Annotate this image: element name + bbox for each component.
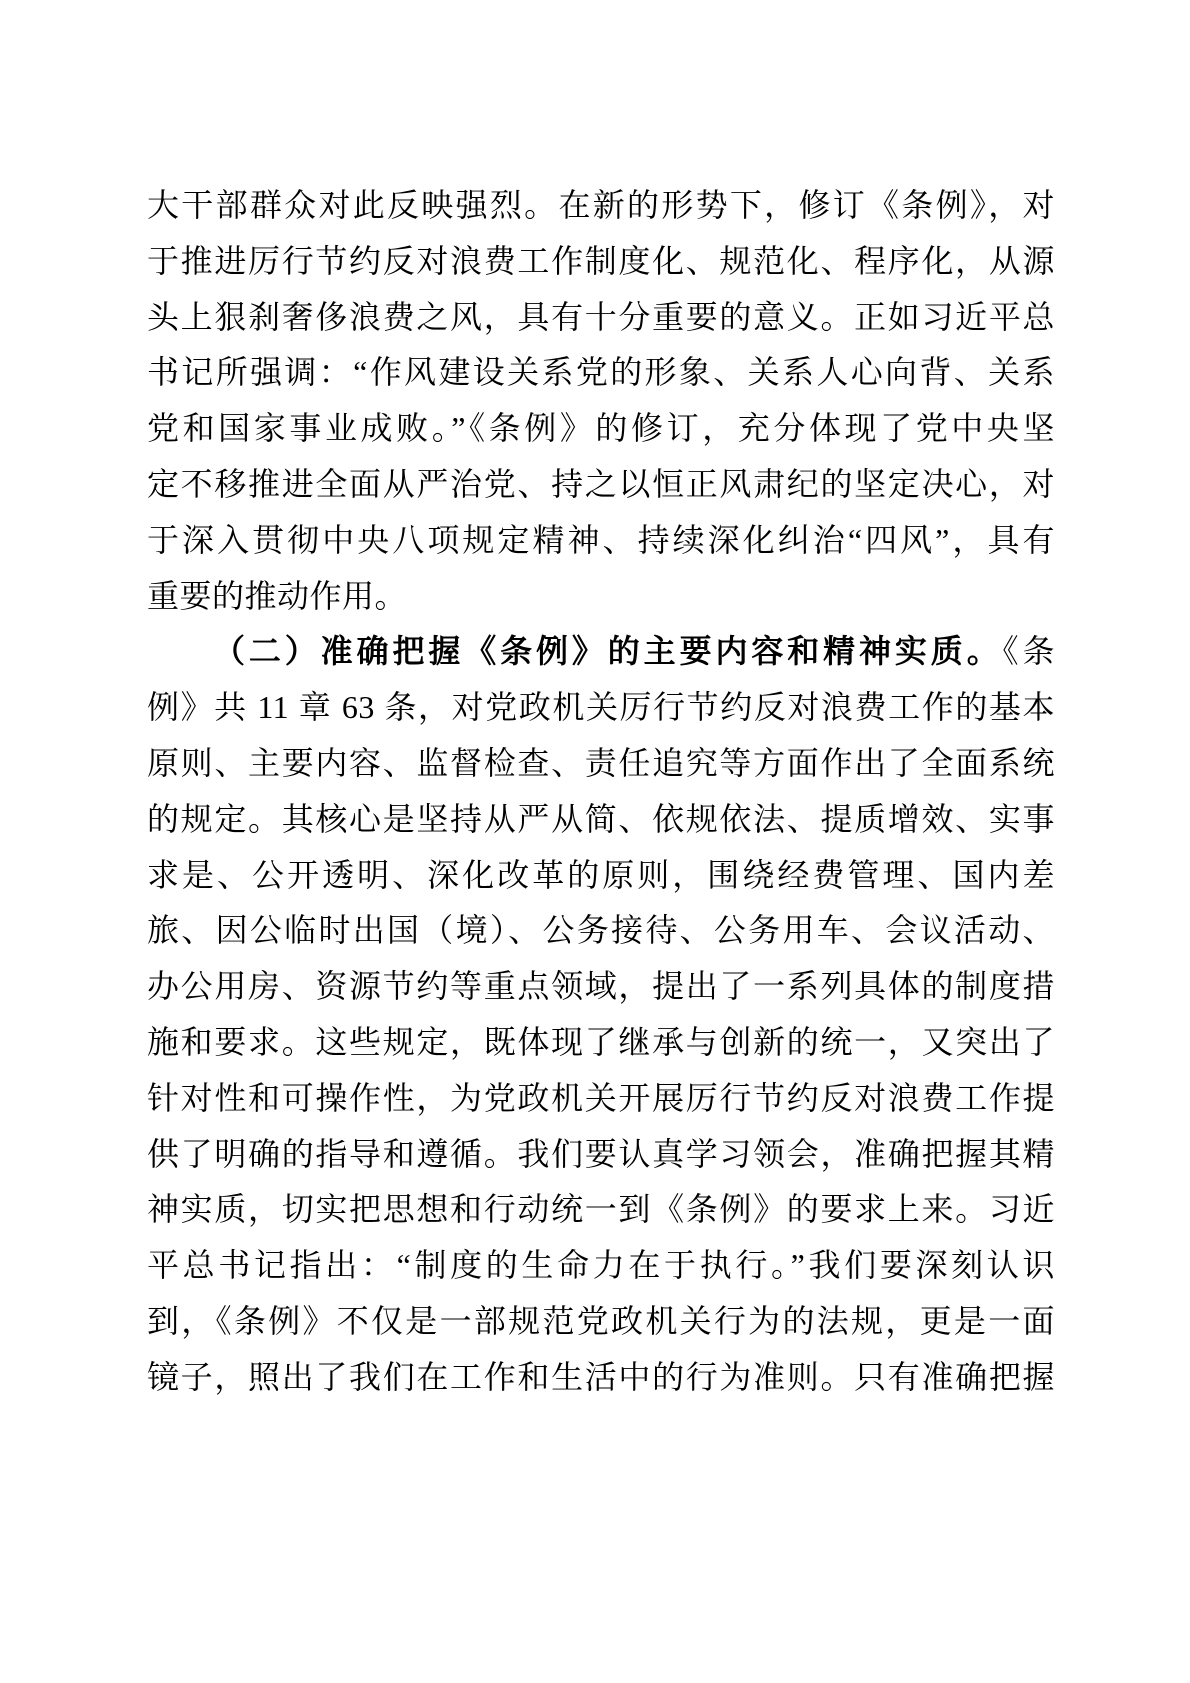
text-line: 办公用房、资源节约等重点领域，提出了一系列具体的制度措 <box>147 959 1055 1015</box>
text-line: 于深入贯彻中央八项规定精神、持续深化纠治“四风”，具有 <box>147 513 1055 569</box>
text-line: 头上狠刹奢侈浪费之风，具有十分重要的意义。正如习近平总 <box>147 290 1055 346</box>
body-text: 施和要求。这些规定，既体现了继承与创新的统一，又突出了 <box>147 1024 1055 1060</box>
body-text: 于推进厉行节约反对浪费工作制度化、规范化、程序化，从源 <box>147 243 1055 279</box>
body-text: 镜子，照出了我们在工作和生活中的行为准则。只有准确把握 <box>147 1359 1055 1395</box>
body-text: 党和国家事业成败。”《条例》的修订，充分体现了党中央坚 <box>147 410 1055 446</box>
text-line: 重要的推动作用。 <box>147 569 1055 625</box>
body-text: 旅、因公临时出国（境）、公务接待、公务用车、会议活动、 <box>147 912 1055 948</box>
text-line: 平总书记指出：“制度的生命力在于执行。”我们要深刻认识 <box>147 1238 1055 1294</box>
text-line: 的规定。其核心是坚持从严从简、依规依法、提质增效、实事 <box>147 792 1055 848</box>
text-line: 施和要求。这些规定，既体现了继承与创新的统一，又突出了 <box>147 1015 1055 1071</box>
body-text: 平总书记指出：“制度的生命力在于执行。”我们要深刻认识 <box>147 1247 1055 1283</box>
text-line: 旅、因公临时出国（境）、公务接待、公务用车、会议活动、 <box>147 903 1055 959</box>
text-line: （二）准确把握《条例》的主要内容和精神实质。《条 <box>147 624 1055 680</box>
body-text: 办公用房、资源节约等重点领域，提出了一系列具体的制度措 <box>147 968 1055 1004</box>
text-line: 供了明确的指导和遵循。我们要认真学习领会，准确把握其精 <box>147 1127 1055 1183</box>
text-line: 书记所强调：“作风建设关系党的形象、关系人心向背、关系 <box>147 345 1055 401</box>
text-line: 到，《条例》不仅是一部规范党政机关行为的法规，更是一面 <box>147 1294 1055 1350</box>
body-text: 神实质，切实把思想和行动统一到《条例》的要求上来。习近 <box>147 1191 1055 1227</box>
body-text: 求是、公开透明、深化改革的原则，围绕经费管理、国内差 <box>147 857 1055 893</box>
text-line: 针对性和可操作性，为党政机关开展厉行节约反对浪费工作提 <box>147 1071 1055 1127</box>
text-block: 大干部群众对此反映强烈。在新的形势下，修订《条例》，对于推进厉行节约反对浪费工作… <box>147 178 1055 1406</box>
text-line: 原则、主要内容、监督检查、责任追究等方面作出了全面系统 <box>147 736 1055 792</box>
text-line: 党和国家事业成败。”《条例》的修订，充分体现了党中央坚 <box>147 401 1055 457</box>
section-heading-text: （二）准确把握《条例》的主要内容和精神实质。 <box>213 633 1003 669</box>
body-text: 定不移推进全面从严治党、持之以恒正风肃纪的坚定决心，对 <box>147 466 1055 502</box>
body-text: 例》共 11 章 63 条，对党政机关厉行节约反对浪费工作的基本 <box>147 689 1055 725</box>
text-line: 神实质，切实把思想和行动统一到《条例》的要求上来。习近 <box>147 1182 1055 1238</box>
document-page: 大干部群众对此反映强烈。在新的形势下，修订《条例》，对于推进厉行节约反对浪费工作… <box>0 0 1190 1683</box>
text-line: 定不移推进全面从严治党、持之以恒正风肃纪的坚定决心，对 <box>147 457 1055 513</box>
text-line: 求是、公开透明、深化改革的原则，围绕经费管理、国内差 <box>147 848 1055 904</box>
body-text: 重要的推动作用。 <box>147 578 407 614</box>
text-line: 大干部群众对此反映强烈。在新的形势下，修订《条例》，对 <box>147 178 1055 234</box>
body-text: 书记所强调：“作风建设关系党的形象、关系人心向背、关系 <box>147 354 1055 390</box>
text-line: 例》共 11 章 63 条，对党政机关厉行节约反对浪费工作的基本 <box>147 680 1055 736</box>
body-text: 原则、主要内容、监督检查、责任追究等方面作出了全面系统 <box>147 745 1055 781</box>
body-text: 到，《条例》不仅是一部规范党政机关行为的法规，更是一面 <box>147 1303 1055 1339</box>
body-text: 针对性和可操作性，为党政机关开展厉行节约反对浪费工作提 <box>147 1080 1055 1116</box>
body-text: 于深入贯彻中央八项规定精神、持续深化纠治“四风”，具有 <box>147 522 1055 558</box>
body-text: 的规定。其核心是坚持从严从简、依规依法、提质增效、实事 <box>147 801 1055 837</box>
body-text: 大干部群众对此反映强烈。在新的形势下，修订《条例》，对 <box>147 187 1055 223</box>
text-line: 镜子，照出了我们在工作和生活中的行为准则。只有准确把握 <box>147 1350 1055 1406</box>
body-text: 供了明确的指导和遵循。我们要认真学习领会，准确把握其精 <box>147 1136 1055 1172</box>
body-text: 头上狠刹奢侈浪费之风，具有十分重要的意义。正如习近平总 <box>147 299 1055 335</box>
body-text: 《条 <box>1003 633 1055 669</box>
text-line: 于推进厉行节约反对浪费工作制度化、规范化、程序化，从源 <box>147 234 1055 290</box>
